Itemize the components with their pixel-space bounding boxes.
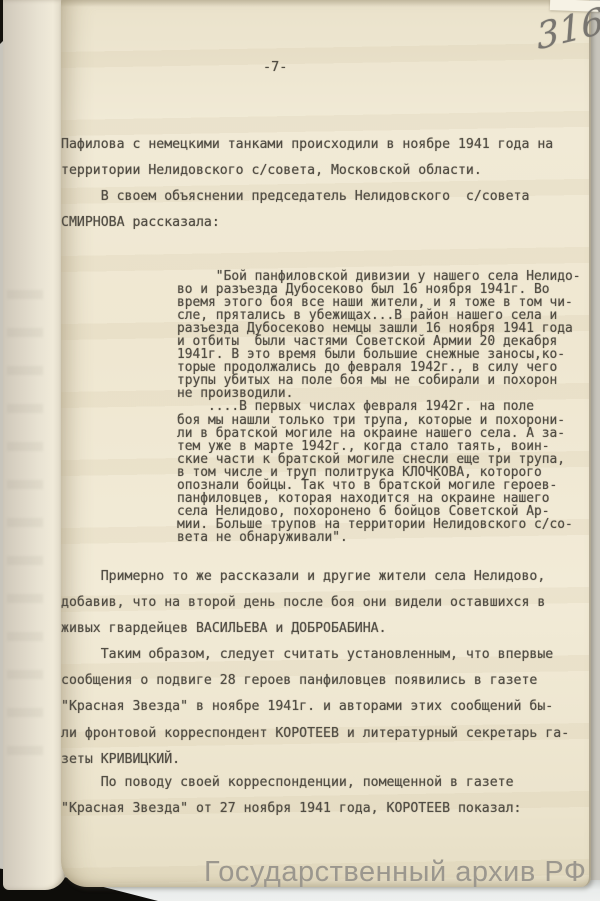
archive-watermark: Государственный архив РФ [204,856,586,888]
paragraph-koroteev: По поводу своей корреспонденции, помещен… [61,770,522,822]
ink-bleed-through [7,290,43,760]
paragraph-conclusion: Таким образом, следует считать установле… [61,642,569,773]
archival-scan: -7- 316 Пафилова с немецкими танками про… [0,0,600,901]
paragraph-chairman: В своем объяснении председатель Нелидовс… [61,184,529,236]
paragraph-villagers: Примерно то же рассказали и другие жител… [61,564,545,643]
blockquote-smirnova: "Бой панфиловской дивизии у нашего села … [177,270,581,544]
paragraph-intro: Пафилова с немецкими танками происходили… [61,132,553,184]
previous-page-edge [3,0,67,890]
page-number: -7- [263,60,287,75]
